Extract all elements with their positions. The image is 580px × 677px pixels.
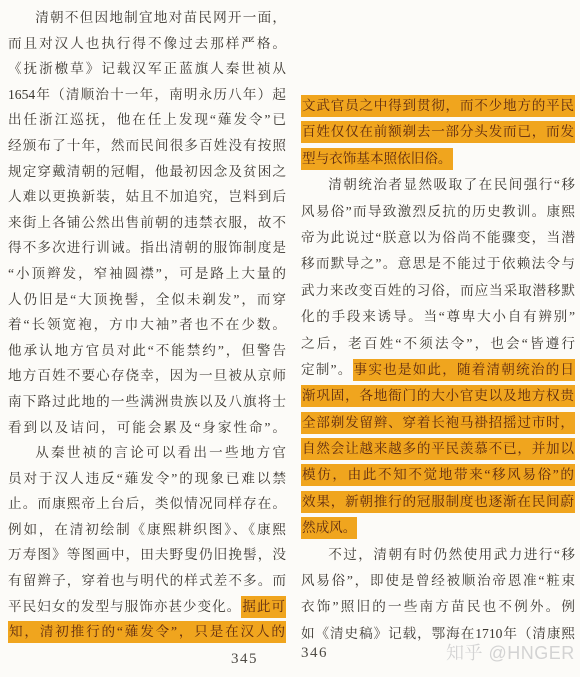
text-line: 定制”。事实也是如此，随着清朝统治的日 bbox=[301, 357, 575, 383]
text-line: 自然会让越来越多的平民羡慕不已，并加以 bbox=[301, 436, 575, 462]
text-line: 看到以及诘问，可能会累及“身家性命”。 bbox=[8, 415, 286, 441]
text-line: 止。而康熙帝上台后，类似情况同样存在。 bbox=[8, 491, 286, 517]
text-segment: 不过，清朝有时仍然使用武力进行“移 bbox=[328, 547, 575, 562]
page-number-left: 345 bbox=[231, 651, 258, 668]
text-segment: 衣饰”照旧的一些南方苗民也不例外。例 bbox=[301, 599, 575, 614]
text-segment: 而且对汉人也执行得不像过去那样严格。 bbox=[8, 36, 286, 51]
text-segment: 例如，在清初绘制《康熙耕织图》、《康熙 bbox=[8, 522, 286, 537]
text-segment: 经颁布了十年，然而民间很多百姓没有按照 bbox=[8, 138, 286, 153]
text-line: 帝为此说过“朕意以为俗尚不能骤变，当潜 bbox=[301, 225, 575, 251]
text-segment: 1654年（清顺治十一年，南明永历八年）起 bbox=[8, 87, 286, 102]
highlighted-text-segment: 渐巩固，各地衙门的大小官吏以及地方权贵 bbox=[301, 385, 575, 407]
text-segment: 之后，老百姓“不须法令”，也会“皆遵行 bbox=[301, 336, 575, 351]
text-line: 地方百姓不要心存侥幸，因为一旦被从京师 bbox=[8, 363, 286, 389]
text-segment: 有留辫子，穿着也与明代的样式差不多。而 bbox=[8, 573, 286, 588]
text-line: 型与衣饰基本照依旧俗。 bbox=[301, 146, 575, 172]
text-segment: 来街上各铺公然出售前朝的违禁衣服，故不 bbox=[8, 215, 286, 230]
text-segment: 平民妇女的发型与服饰亦甚少变化。 bbox=[8, 599, 241, 614]
text-segment: “小顶辫发，窄袖圆襟”，可是路上大量的 bbox=[8, 266, 286, 281]
highlighted-text-segment: 知，清初推行的“薙发令”，只是在汉人的 bbox=[8, 621, 286, 643]
watermark: 知乎 @HNGER bbox=[446, 639, 575, 665]
text-line: 渐巩固，各地衙门的大小官吏以及地方权贵 bbox=[301, 383, 575, 409]
text-segment: 《抚浙檄草》记载汉军正蓝旗人秦世祯从 bbox=[8, 61, 286, 76]
text-line: 出任浙江巡抚，他在任上发现“薙发令”已 bbox=[8, 107, 286, 133]
text-line: 不过，清朝有时仍然使用武力进行“移 bbox=[301, 542, 575, 568]
text-line: 万寿图》等图画中，田夫野叟仍旧挽髻，没 bbox=[8, 542, 286, 568]
text-segment: 人难以更换新装，姑且不加追究，岂料到后 bbox=[8, 189, 286, 204]
text-line: 然成风。 bbox=[301, 515, 575, 541]
text-segment: 定制”。 bbox=[301, 362, 353, 377]
text-line: 着“长领宽袍，方巾大袖”者也不在少数。 bbox=[8, 312, 286, 338]
text-line: 知，清初推行的“薙发令”，只是在汉人的 bbox=[8, 619, 286, 645]
text-line: 清朝不但因地制宜地对苗民网开一面， bbox=[8, 5, 286, 31]
text-line: 有留辫子，穿着也与明代的样式差不多。而 bbox=[8, 568, 286, 594]
text-line: 效果，新朝推行的冠服制度也逐渐在民间蔚 bbox=[301, 489, 575, 515]
highlighted-text-segment: 全部剃发留辫、穿着长袍马褂招摇过市时， bbox=[301, 412, 575, 434]
text-line: 平民妇女的发型与服饰亦甚少变化。据此可 bbox=[8, 594, 286, 620]
text-segment: 从秦世祯的言论可以看出一些地方官 bbox=[35, 445, 286, 460]
text-segment: 清朝统治者显然吸取了在民间强行“移 bbox=[328, 177, 575, 192]
text-segment: 移而默导之”。意思是不能过于依赖法令与 bbox=[301, 256, 575, 271]
highlighted-text-segment: 型与衣饰基本照依旧俗。 bbox=[301, 148, 453, 170]
text-line: 人仍旧是“大顶挽髻，全似未剃发”，而穿 bbox=[8, 287, 286, 313]
text-line: 人难以更换新装，姑且不加追究，岂料到后 bbox=[8, 184, 286, 210]
text-line: 模仿，由此不知不觉地带来“移风易俗”的 bbox=[301, 462, 575, 488]
text-segment: 规定穿戴清朝的冠帽，他最初因念及贫困之 bbox=[8, 164, 286, 179]
text-line: 规定穿戴清朝的冠帽，他最初因念及贫困之 bbox=[8, 159, 286, 185]
text-line: 《抚浙檄草》记载汉军正蓝旗人秦世祯从 bbox=[8, 56, 286, 82]
highlighted-text-segment: 据此可 bbox=[241, 596, 286, 618]
text-line: 清朝统治者显然吸取了在民间强行“移 bbox=[301, 172, 575, 198]
text-line: 得不多次进行训诫。指出清朝的服饰制度是 bbox=[8, 235, 286, 261]
text-line: 他承认地方官员对此“不能禁约”，但警告 bbox=[8, 338, 286, 364]
text-line: 百姓仅仅在前额剃去一部分头发而已，而发 bbox=[301, 119, 575, 145]
highlighted-text-segment: 效果，新朝推行的冠服制度也逐渐在民间蔚 bbox=[301, 491, 575, 513]
page-number-right: 346 bbox=[301, 645, 328, 662]
text-line: 移而默导之”。意思是不能过于依赖法令与 bbox=[301, 251, 575, 277]
text-line: 南下路过此地的一些满洲贵族以及八旗将士 bbox=[8, 389, 286, 415]
text-segment: 清朝不但因地制宜地对苗民网开一面， bbox=[35, 10, 286, 25]
text-segment: 万寿图》等图画中，田夫野叟仍旧挽髻，没 bbox=[8, 547, 286, 562]
text-line: 风易俗”，即使是曾经被顺治帝恩准“粧束 bbox=[301, 568, 575, 594]
text-segment: 员对于汉人违反“薙发令”的现象已难以禁 bbox=[8, 471, 286, 486]
text-segment: 人仍旧是“大顶挽髻，全似未剃发”，而穿 bbox=[8, 292, 286, 307]
text-segment: 风易俗”，即使是曾经被顺治帝恩准“粧束 bbox=[301, 573, 575, 588]
text-segment: 地方百姓不要心存侥幸，因为一旦被从京师 bbox=[8, 368, 286, 383]
right-page-column: 文武官员之中得到贯彻，而不少地方的平民百姓仅仅在前额剃去一部分头发而已，而发型与… bbox=[301, 93, 575, 647]
text-line: 化的手段来诱导。当“尊卑大小自有辨别” bbox=[301, 304, 575, 330]
text-line: 之后，老百姓“不须法令”，也会“皆遵行 bbox=[301, 331, 575, 357]
highlighted-text-segment: 百姓仅仅在前额剃去一部分头发而已，而发 bbox=[301, 121, 575, 143]
text-segment: 着“长领宽袍，方巾大袖”者也不在少数。 bbox=[8, 317, 286, 332]
left-page-column: 清朝不但因地制宜地对苗民网开一面，而且对汉人也执行得不像过去那样严格。《抚浙檄草… bbox=[8, 5, 286, 645]
text-line: 从秦世祯的言论可以看出一些地方官 bbox=[8, 440, 286, 466]
text-segment: 帝为此说过“朕意以为俗尚不能骤变，当潜 bbox=[301, 230, 575, 245]
highlighted-text-segment: 文武官员之中得到贯彻，而不少地方的平民 bbox=[301, 95, 575, 117]
highlighted-text-segment: 事实也是如此，随着清朝统治的日 bbox=[353, 359, 575, 381]
text-line: 文武官员之中得到贯彻，而不少地方的平民 bbox=[301, 93, 575, 119]
highlighted-text-segment: 模仿，由此不知不觉地带来“移风易俗”的 bbox=[301, 464, 575, 486]
text-segment: 得不多次进行训诫。指出清朝的服饰制度是 bbox=[8, 240, 286, 255]
text-segment: 化的手段来诱导。当“尊卑大小自有辨别” bbox=[301, 309, 575, 324]
text-line: 而且对汉人也执行得不像过去那样严格。 bbox=[8, 31, 286, 57]
text-line: 经颁布了十年，然而民间很多百姓没有按照 bbox=[8, 133, 286, 159]
highlighted-text-segment: 自然会让越来越多的平民羡慕不已，并加以 bbox=[301, 438, 575, 460]
text-line: 来街上各铺公然出售前朝的违禁衣服，故不 bbox=[8, 210, 286, 236]
text-line: 员对于汉人违反“薙发令”的现象已难以禁 bbox=[8, 466, 286, 492]
text-line: 例如，在清初绘制《康熙耕织图》、《康熙 bbox=[8, 517, 286, 543]
text-segment: 看到以及诘问，可能会累及“身家性命”。 bbox=[8, 420, 286, 435]
scanned-book-page: 清朝不但因地制宜地对苗民网开一面，而且对汉人也执行得不像过去那样严格。《抚浙檄草… bbox=[0, 0, 580, 677]
text-segment: 他承认地方官员对此“不能禁约”，但警告 bbox=[8, 343, 286, 358]
text-line: 1654年（清顺治十一年，南明永历八年）起 bbox=[8, 82, 286, 108]
text-segment: 南下路过此地的一些满洲贵族以及八旗将士 bbox=[8, 394, 286, 409]
text-line: 武力来改变百姓的习俗，而应当采取潜移默 bbox=[301, 278, 575, 304]
text-segment: 止。而康熙帝上台后，类似情况同样存在。 bbox=[8, 496, 286, 511]
text-segment: 风易俗”而导致激烈反抗的历史教训。康熙 bbox=[301, 204, 575, 219]
text-line: “小顶辫发，窄袖圆襟”，可是路上大量的 bbox=[8, 261, 286, 287]
text-line: 衣饰”照旧的一些南方苗民也不例外。例 bbox=[301, 594, 575, 620]
text-segment: 武力来改变百姓的习俗，而应当采取潜移默 bbox=[301, 283, 575, 298]
text-line: 风易俗”而导致激烈反抗的历史教训。康熙 bbox=[301, 199, 575, 225]
highlighted-text-segment: 然成风。 bbox=[301, 517, 357, 539]
text-segment: 出任浙江巡抚，他在任上发现“薙发令”已 bbox=[8, 112, 286, 127]
text-line: 全部剃发留辫、穿着长袍马褂招摇过市时， bbox=[301, 410, 575, 436]
